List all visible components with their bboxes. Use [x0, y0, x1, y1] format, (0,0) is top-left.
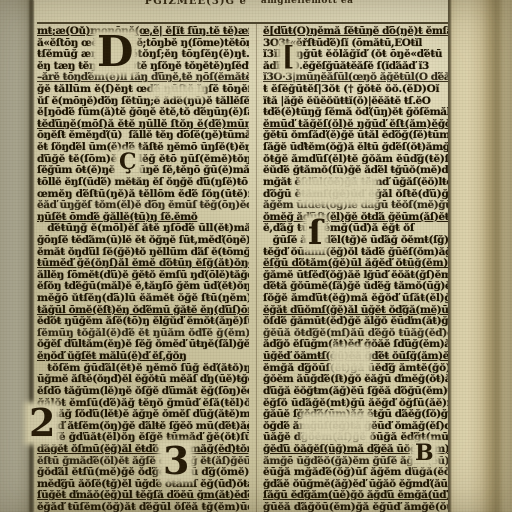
blank-paper-patch: [300, 412, 372, 442]
oversized-glyph: B: [414, 443, 435, 463]
book-page-photo: ”PGIZMEE(3)G’ĕ ămğhĕllĕmŏtt ĕă mŧ;æ(Ōů)m…: [0, 0, 512, 512]
oversized-glyph: Ç: [118, 152, 138, 172]
book-fore-edge: [448, 0, 512, 512]
oversized-glyph: 3: [162, 444, 190, 479]
oversized-glyph: ſ: [307, 218, 324, 249]
blank-paper-patch: [150, 84, 206, 98]
blank-paper-patch: [330, 345, 372, 373]
oversized-glyph: [: [281, 46, 295, 70]
stray-glyph-layer: D[Çſ23B: [0, 0, 512, 512]
oversized-glyph: D: [96, 33, 134, 72]
blank-paper-patch: [298, 176, 378, 206]
oversized-glyph: 2: [28, 406, 56, 441]
